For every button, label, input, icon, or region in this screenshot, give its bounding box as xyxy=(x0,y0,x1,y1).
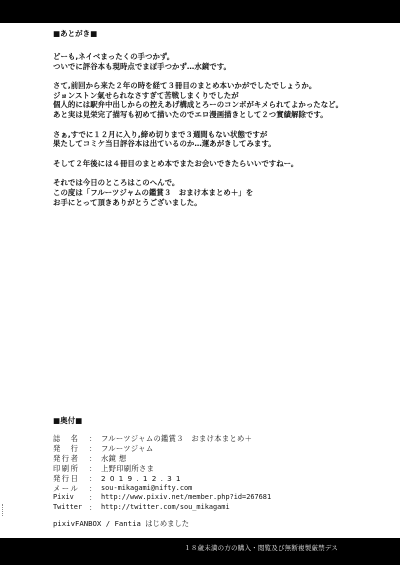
colophon-title: ■奥付■ xyxy=(53,416,373,426)
colophon-separator: ： xyxy=(89,464,101,474)
colophon-value: 2019.12.31 xyxy=(101,474,185,484)
colophon-key: 発 行 xyxy=(53,444,89,454)
text-line: それでは今日のところはこのへんで。 xyxy=(53,178,373,188)
colophon-row-printer: 印刷所 ： 上野印刷所さま xyxy=(53,464,373,474)
colophon-value: フルーツジャム xyxy=(101,444,153,454)
text-line: お手にとって頂きありがとうございました。 xyxy=(53,198,373,208)
text-line: さて,前回から来た２年の時を経て３冊目のまとめ本いかがでしたでしょうか。 xyxy=(53,81,373,91)
colophon-row-publisher: 発 行 ： フルーツジャム xyxy=(53,444,373,454)
colophon-separator: ： xyxy=(89,454,101,464)
colophon-key: メール xyxy=(53,484,89,494)
colophon-key: Pixiv xyxy=(53,493,89,503)
text-line: ジョンストン氣せられなさすぎて苦戦しまくりでしたが xyxy=(53,91,373,101)
colophon-row-pixiv: Pixiv ： http://www.pixiv.net/member.php?… xyxy=(53,493,373,503)
fanbox-announcement: pixivFANBOX / Fantia はじめました xyxy=(53,519,189,529)
colophon-section: ■奥付■ 誌 名 ： フルーツジャムの鑑賞３ おまけ本まとめ＋ 発 行 ： フル… xyxy=(53,416,373,513)
colophon-key: 印刷所 xyxy=(53,464,89,474)
colophon-key: 誌 名 xyxy=(53,434,89,444)
colophon-key: 発行者 xyxy=(53,454,89,464)
text-line: この度は「フルーツジャムの鑑賞３ おまけ本まとめ＋」を xyxy=(53,188,373,198)
text-line: どーも,ネイベまったくの手つかず。 xyxy=(53,52,373,62)
colophon-separator: ： xyxy=(89,434,101,444)
colophon-row-date: 発行日 ： 2019.12.31 xyxy=(53,474,373,484)
afterword-title: ■あとがき■ xyxy=(53,29,373,39)
colophon-key: Twitter xyxy=(53,503,89,513)
afterword-paragraph: さぁ,すでに１２月に入り,締め切りまで３週間もない状態ですが 果たしてコミケ当日… xyxy=(53,130,373,149)
colophon-value: フルーツジャムの鑑賞３ おまけ本まとめ＋ xyxy=(101,434,252,444)
top-black-bar xyxy=(0,0,400,23)
colophon-row-title: 誌 名 ： フルーツジャムの鑑賞３ おまけ本まとめ＋ xyxy=(53,434,373,444)
email-link[interactable]: sou-mikagami@nifty.com xyxy=(101,484,192,494)
colophon-separator: ： xyxy=(89,474,101,484)
afterword-paragraph: それでは今日のところはこのへんで。 この度は「フルーツジャムの鑑賞３ おまけ本ま… xyxy=(53,178,373,207)
colophon-value: 水鏡 想 xyxy=(101,454,126,464)
colophon-separator: ： xyxy=(89,503,101,513)
twitter-link[interactable]: http://twitter.com/sou_mikagami xyxy=(101,503,230,513)
afterword-section: ■あとがき■ どーも,ネイベまったくの手つかず。 ついでに評谷本も現時点でまぽ手… xyxy=(53,29,373,217)
colophon-key: 発行日 xyxy=(53,474,89,484)
text-line: 果たしてコミケ当日評谷本は出ているのか…運あがきしてみます。 xyxy=(53,139,373,149)
afterword-paragraph: どーも,ネイベまったくの手つかず。 ついでに評谷本も現時点でまぽ手つかず…水鏡で… xyxy=(53,52,373,71)
text-line: あと実は見栄完了描写も初めて描いたのでエロ漫画描きとして２つ實績解除です。 xyxy=(53,110,373,120)
colophon-row-twitter: Twitter ： http://twitter.com/sou_mikagam… xyxy=(53,503,373,513)
colophon-separator: ： xyxy=(89,484,101,494)
colophon-row-email: メール ： sou-mikagami@nifty.com xyxy=(53,484,373,494)
colophon-row-issuer: 発行者 ： 水鏡 想 xyxy=(53,454,373,464)
bottom-black-bar: １８歳未満の方の購入・閲覧及び無断複製厳禁デス xyxy=(0,538,400,565)
afterword-paragraph: そして２年後には４冊目のまとめ本でまたお会いできたらいいですねー。 xyxy=(53,159,373,169)
colophon-separator: ： xyxy=(89,444,101,454)
text-line: さぁ,すでに１２月に入り,締め切りまで３週間もない状態ですが xyxy=(53,130,373,140)
colophon-value: 上野印刷所さま xyxy=(101,464,154,474)
colophon-separator: ： xyxy=(89,493,101,503)
afterword-paragraph: さて,前回から来た２年の時を経て３冊目のまとめ本いかがでしたでしょうか。 ジョン… xyxy=(53,81,373,119)
binding-margin-mark xyxy=(2,504,5,516)
pixiv-link[interactable]: http://www.pixiv.net/member.php?id=26768… xyxy=(101,493,271,503)
text-line: ついでに評谷本も現時点でまぽ手つかず…水鏡です。 xyxy=(53,62,373,72)
text-line: そして２年後には４冊目のまとめ本でまたお会いできたらいいですねー。 xyxy=(53,159,373,169)
age-restriction-note: １８歳未満の方の購入・閲覧及び無断複製厳禁デス xyxy=(184,543,338,552)
text-line: 個人的には駅弁中出しからの控えあげ構成とろーのコンボがキメられてよかったなど。 xyxy=(53,100,373,110)
